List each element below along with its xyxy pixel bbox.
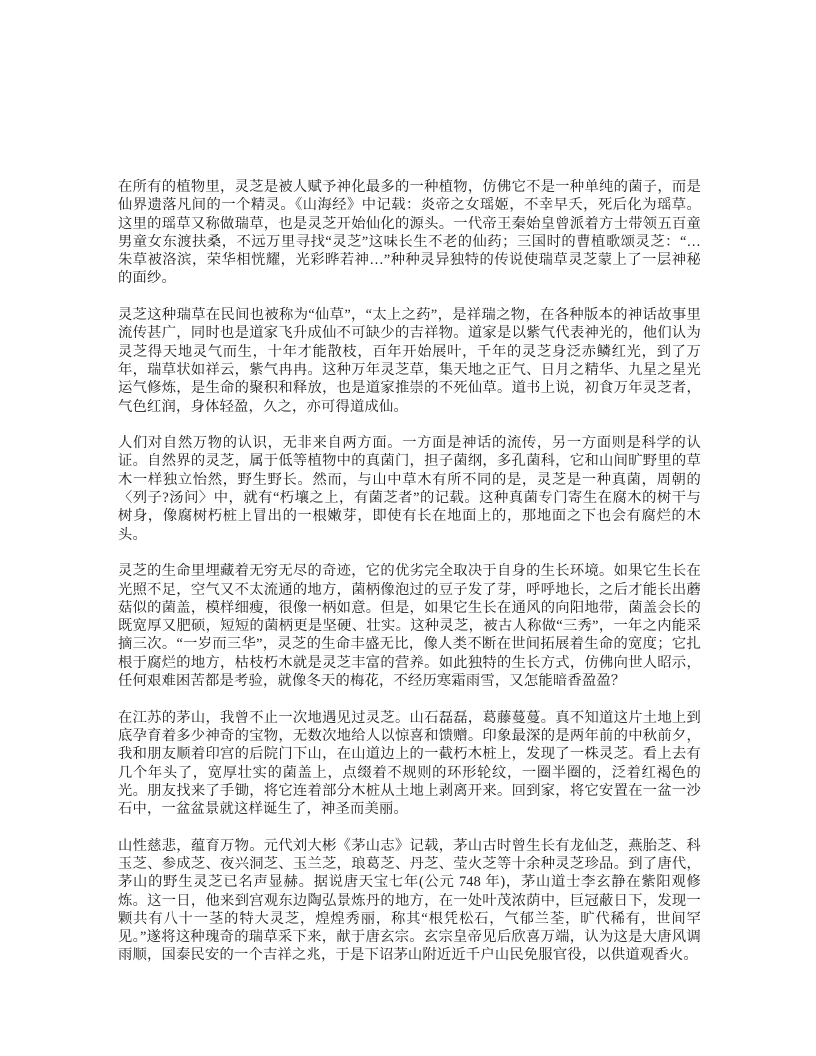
document-page: 在所有的植物里，灵芝是被人赋予神化最多的一种植物，仿佛它不是一种单纯的菌子，而是…: [0, 0, 816, 1056]
paragraph-3: 人们对自然万物的认识，无非来自两方面。一方面是神话的流传，另一方面则是科学的认证…: [118, 434, 701, 544]
essay-body: 在所有的植物里，灵芝是被人赋予神化最多的一种植物，仿佛它不是一种单纯的菌子，而是…: [118, 178, 701, 965]
paragraph-1: 在所有的植物里，灵芝是被人赋予神化最多的一种植物，仿佛它不是一种单纯的菌子，而是…: [118, 178, 701, 288]
paragraph-6: 山性慈悲，蕴育万物。元代刘大彬《茅山志》记载，茅山古时曾生长有龙仙芝，燕胎芝、科…: [118, 837, 701, 965]
paragraph-2: 灵芝这种瑞草在民间也被称为“仙草”，“太上之药”，是祥瑞之物，在各种版本的神话故…: [118, 306, 701, 416]
paragraph-5: 在江苏的茅山，我曾不止一次地遇见过灵芝。山石磊磊，葛藤蔓蔓。真不知道这片土地上到…: [118, 709, 701, 819]
paragraph-4: 灵芝的生命里埋藏着无穷无尽的奇迹，它的优劣完全取决于自身的生长环境。如果它生长在…: [118, 562, 701, 690]
